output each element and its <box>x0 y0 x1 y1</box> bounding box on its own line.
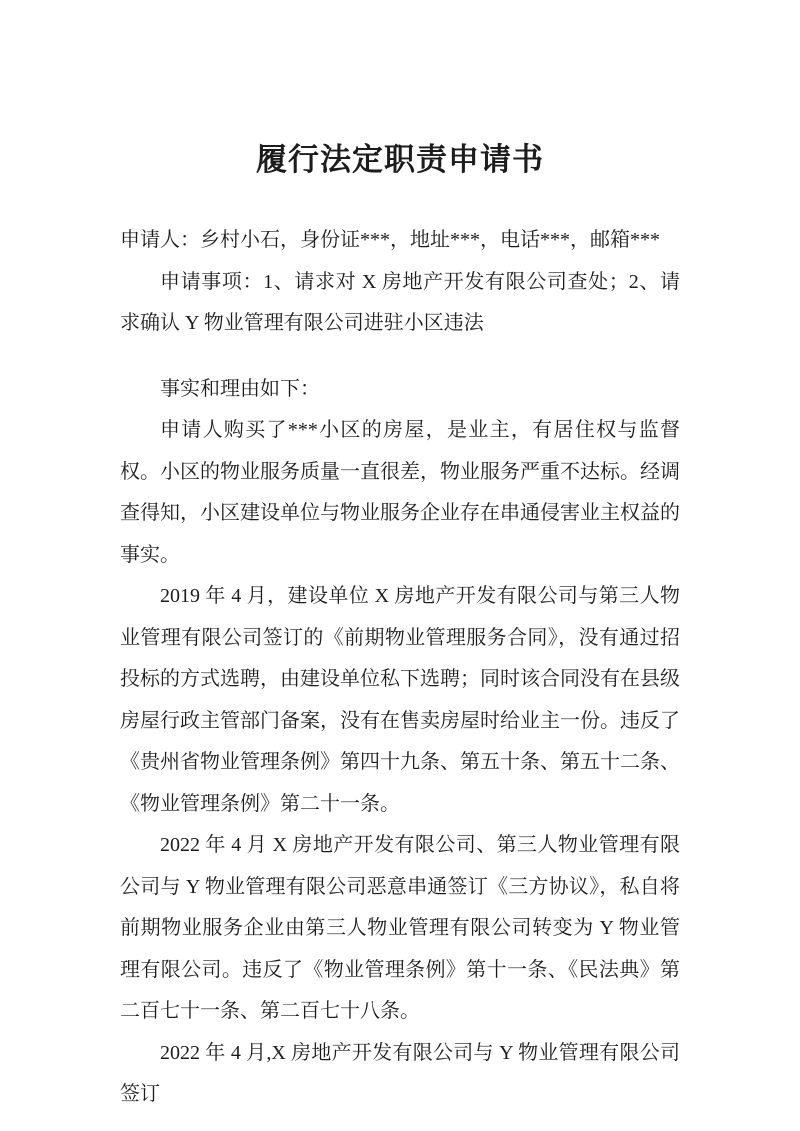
document-body: 申请人：乡村小石，身份证***，地址***，电话***，邮箱*** 申请事项：1… <box>120 220 680 1116</box>
paragraph-fact-ownership: 申请人购买了***小区的房屋，是业主，有居住权与监督权。小区的物业服务质量一直很… <box>120 410 680 576</box>
blank-line-spacer <box>120 345 680 369</box>
paragraph-request-items: 申请事项：1、请求对 X 房地产开发有限公司查处；2、请求确认 Y 物业管理有限… <box>120 262 680 345</box>
paragraph-fact-2019-contract: 2019 年 4 月，建设单位 X 房地产开发有限公司与第三人物业管理有限公司签… <box>120 576 680 825</box>
paragraph-facts-heading: 事实和理由如下： <box>120 369 680 411</box>
document-page: 履行法定职责申请书 申请人：乡村小石，身份证***，地址***，电话***，邮箱… <box>0 0 800 1131</box>
paragraph-fact-2022-agreement: 2022 年 4 月 X 房地产开发有限公司、第三人物业管理有限公司与 Y 物业… <box>120 825 680 1033</box>
paragraph-fact-2022-signing: 2022 年 4 月,X 房地产开发有限公司与 Y 物业管理有限公司签订 <box>120 1033 680 1116</box>
paragraph-applicant: 申请人：乡村小石，身份证***，地址***，电话***，邮箱*** <box>120 220 680 262</box>
document-title: 履行法定职责申请书 <box>120 140 680 180</box>
